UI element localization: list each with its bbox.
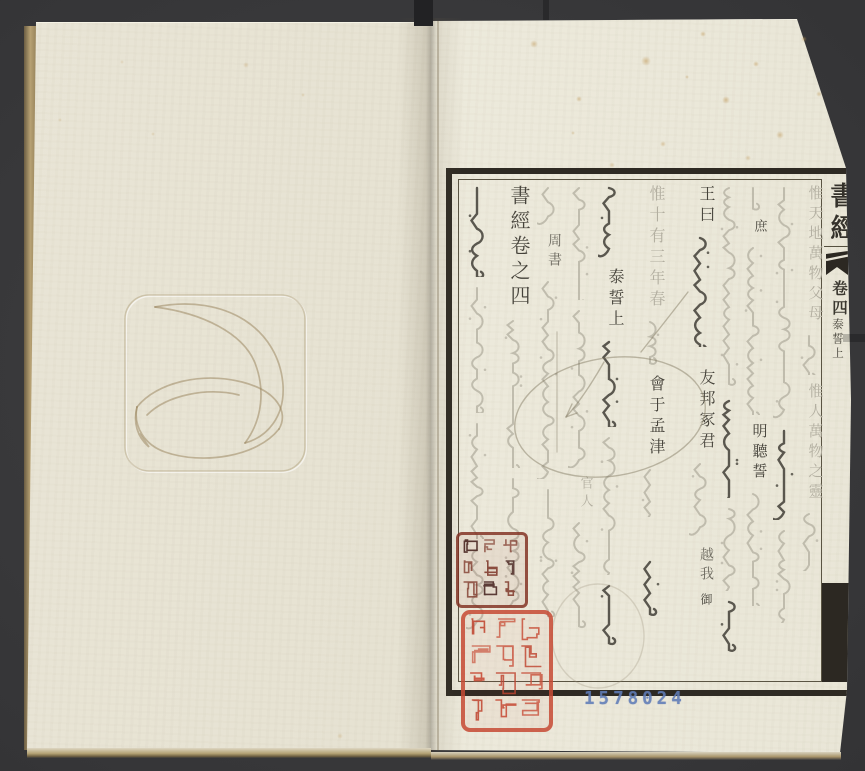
chinese-text: 御 [690,593,712,610]
book-scan: 書經 卷四 泰誓上 書經卷之四周書官人泰誓上惟十有三年春會于孟津王曰友邦冢君越我… [0,0,865,771]
manchu-script [598,583,622,647]
text-column: 周書 [533,185,565,617]
manchu-script [466,185,490,277]
chinese-text: 惟人萬物之靈 [798,383,823,503]
manchu-script [798,333,822,375]
manchu-script [639,559,663,617]
chinese-text: 明聽誓 [742,423,767,483]
manchu-script [798,511,822,571]
manchu-script [598,435,622,575]
chinese-text: 周書 [537,233,561,271]
chinese-text: 惟十有三年春 [638,185,664,311]
manchu-script [639,467,663,517]
manchu-script [568,308,592,468]
manchu-script [598,185,622,260]
manchu-script [502,318,526,468]
chinese-text: 惟天地萬物父母 [798,185,823,325]
collection-seal-lower [461,610,553,732]
chinese-text: 庶 [743,219,766,237]
manchu-script [718,599,742,657]
watermark-emblem [105,285,320,485]
manchu-script [598,339,622,427]
manchu-script [466,285,490,413]
manchu-script [568,520,592,630]
binding-notch [414,0,433,26]
chinese-text: 越我 [689,547,713,585]
text-column: 泰誓上 [594,185,626,647]
chinese-text: 王曰 [688,185,714,227]
binding-mark [543,0,549,20]
collection-seal-upper [456,532,528,608]
text-column: 官人 [564,185,596,630]
chinese-text: 會于孟津 [638,375,664,459]
manchu-script [537,185,561,225]
page-stack-edge-bottom-right [431,752,841,760]
spacer [650,525,652,551]
manchu-script [689,235,713,347]
text-column: 惟天地萬物父母惟人萬物之靈 [794,185,826,571]
spacer [700,355,702,361]
chinese-text: 書經卷之四 [499,185,529,310]
page-top-edge-left [36,22,431,23]
manchu-script [742,491,766,606]
manchu-script [537,279,561,479]
manchu-script [639,319,663,367]
manchu-script [742,245,766,415]
manchu-script [466,421,490,539]
manchu-script [689,461,713,539]
chinese-text: 友邦冢君 [688,369,714,453]
text-column: 王曰友邦冢君越我御 [685,185,717,610]
page-stack-edge-bottom-left [27,748,431,758]
chinese-text: 官人 [569,476,592,512]
accession-number-stamp: 1578024 [584,689,686,709]
text-column: 庶明聽誓 [738,185,770,606]
text-column: 惟十有三年春會于孟津 [635,185,667,617]
manchu-script [742,185,766,211]
manchu-script [568,185,592,300]
manchu-script [537,487,561,617]
background-seam [843,334,865,342]
chinese-text: 泰誓上 [597,268,623,331]
